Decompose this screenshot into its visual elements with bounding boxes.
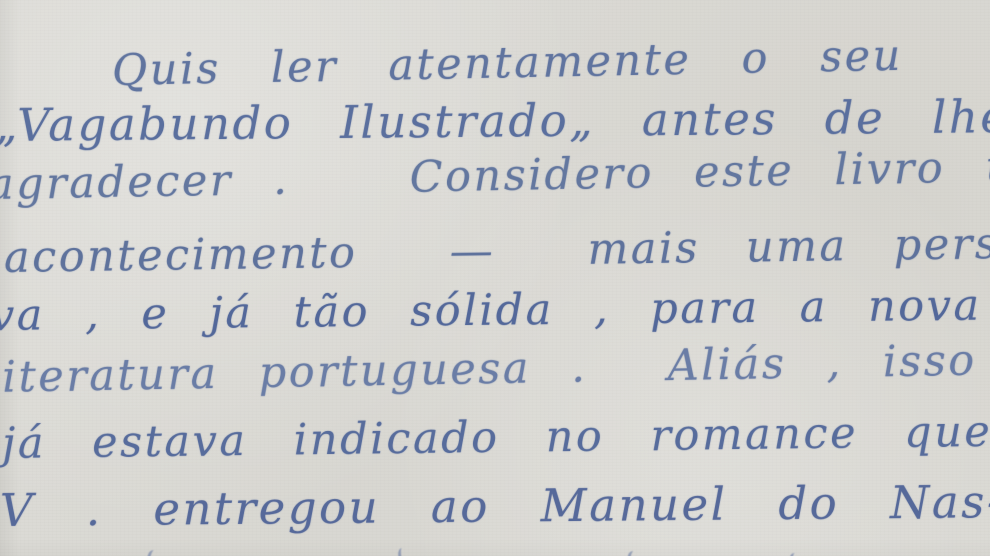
cropped-next-line-stroke (397, 548, 407, 556)
handwriting-line-6: literatura portuguesa . Aliás , isso (0, 336, 977, 403)
cropped-next-line-stroke (147, 549, 157, 556)
handwriting-line-1: Quis ler atentamente o seu (112, 31, 904, 96)
handwriting-line-8: V . entregou ao Manuel do Nas- (0, 475, 990, 537)
handwriting-line-4: acontecimento — mais uma perspecti (4, 217, 990, 283)
handwriting-line-2: „Vagabundo Ilustrado„ antes de lhe (0, 90, 990, 152)
handwriting-line-7: já estava indicado no romance que (2, 407, 990, 469)
handwriting-line-3: agradecer . Considero este livro um (0, 141, 990, 210)
letter-scan-page: Quis ler atentamente o seu „Vagabundo Il… (0, 0, 990, 556)
cropped-next-line-stroke (627, 550, 636, 556)
handwriting-line-5: va , e já tão sólida , para a nova (0, 281, 982, 341)
